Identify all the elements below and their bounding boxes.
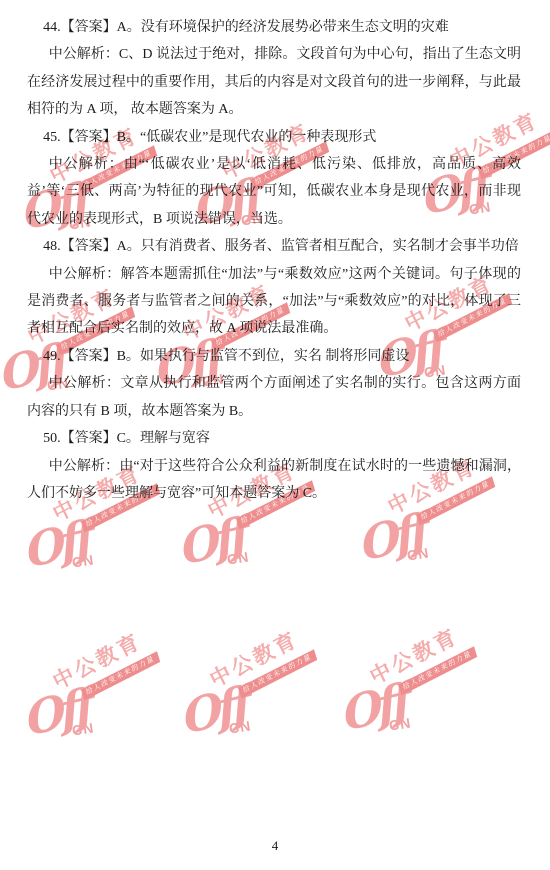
answer-title: 理解与宽容	[140, 431, 210, 446]
offcn-brand-text: 中公教育	[50, 627, 153, 694]
answer-item: 45.【答案】B。“低碳农业”是现代农业的一种表现形式 中公解析：由“‘低碳农业…	[27, 124, 521, 234]
offcn-logo-off-icon: Off	[342, 676, 410, 738]
answer-label: 【答案】	[61, 349, 117, 364]
offcn-logo-off-icon: Off	[180, 510, 248, 572]
answer-title: 没有环境保护的经济发展势必带来生态文明的灾难	[141, 20, 449, 35]
answer-label: 【答案】	[61, 431, 117, 446]
answer-number: 50.	[43, 431, 61, 446]
answer-option: A。	[117, 20, 141, 35]
offcn-watermark: Off CN 中公教育 给人改变未来的力量	[185, 639, 355, 744]
answer-option: B。	[117, 130, 140, 145]
page-number: 4	[0, 838, 550, 854]
answer-line: 48.【答案】A。只有消费者、服务者、监管者相互配合，实名制才会事半功倍	[27, 233, 521, 260]
offcn-logo-off-icon: Off	[182, 679, 250, 741]
analysis-paragraph: 中公解析：C、D 说法过于绝对，排除。文段首句为中心句，指出了生态文明在经济发展…	[27, 41, 521, 123]
answer-label: 【答案】	[61, 130, 117, 145]
answer-line: 50.【答案】C。理解与宽容	[27, 425, 521, 452]
analysis-label: 中公解析：	[49, 459, 120, 474]
offcn-brand-text: 中公教育	[207, 625, 310, 692]
answers-list: 44.【答案】A。没有环境保护的经济发展势必带来生态文明的灾难 中公解析：C、D…	[27, 14, 521, 507]
offcn-logo-off-icon: Off	[25, 513, 93, 575]
offcn-logo-cn-text: CN	[406, 544, 430, 563]
offcn-brand-text: 中公教育	[367, 622, 470, 689]
answer-number: 45.	[43, 130, 61, 145]
offcn-brand-group: 中公教育 给人改变未来的力量	[367, 622, 478, 705]
answer-item: 48.【答案】A。只有消费者、服务者、监管者相互配合，实名制才会事半功倍 中公解…	[27, 233, 521, 343]
offcn-logo-cn-text: CN	[228, 717, 252, 736]
answer-title: 如果执行与监管不到位，实名 制将形同虚设	[140, 349, 410, 364]
offcn-slogan-band: 给人改变未来的力量	[398, 646, 477, 695]
offcn-watermark: Off CN 中公教育 给人改变未来的力量	[345, 636, 515, 741]
answer-label: 【答案】	[61, 239, 117, 254]
analysis-label: 中公解析：	[49, 157, 124, 172]
answer-number: 49.	[43, 349, 61, 364]
answer-item: 44.【答案】A。没有环境保护的经济发展势必带来生态文明的灾难 中公解析：C、D…	[27, 14, 521, 124]
answer-line: 49.【答案】B。如果执行与监管不到位，实名 制将形同虚设	[27, 343, 521, 370]
offcn-brand-group: 中公教育 给人改变未来的力量	[207, 625, 318, 708]
analysis-label: 中公解析：	[49, 376, 121, 391]
document-page: Off CN 中公教育 给人改变未来的力量 Off CN 中公教育 给人改变未来…	[0, 0, 550, 870]
answer-option: B。	[117, 349, 140, 364]
offcn-logo-cn-text: CN	[71, 719, 95, 738]
answer-option: A。	[117, 239, 141, 254]
offcn-logo-cn-text: CN	[71, 551, 95, 570]
offcn-logo-cn-text: CN	[388, 714, 412, 733]
answer-number: 48.	[43, 239, 61, 254]
offcn-logo-cn-text: CN	[226, 548, 250, 567]
answer-option: C。	[117, 431, 140, 446]
answer-label: 【答案】	[61, 20, 117, 35]
answer-item: 49.【答案】B。如果执行与监管不到位，实名 制将形同虚设 中公解析：文章从执行…	[27, 343, 521, 425]
offcn-brand-group: 中公教育 给人改变未来的力量	[50, 627, 161, 710]
answer-title: 只有消费者、服务者、监管者相互配合，实名制才会事半功倍	[141, 239, 519, 254]
analysis-paragraph: 中公解析：文章从执行和监管两个方面阐述了实名制的实行。包含这两方面内容的只有 B…	[27, 370, 521, 425]
answer-item: 50.【答案】C。理解与宽容 中公解析：由“对于这些符合公众利益的新制度在试水时…	[27, 425, 521, 507]
analysis-paragraph: 中公解析：解答本题需抓住“加法”与“乘数效应”这两个关键词。句子体现的是消费者、…	[27, 261, 521, 343]
offcn-slogan-band: 给人改变未来的力量	[81, 651, 160, 700]
offcn-logo-off-icon: Off	[360, 506, 428, 568]
offcn-watermark: Off CN 中公教育 给人改变未来的力量	[28, 641, 198, 746]
analysis-paragraph: 中公解析：由“‘低碳农业’是以‘低消耗、低污染、低排放，高品质、高效益’等‘三低…	[27, 151, 521, 233]
analysis-label: 中公解析：	[49, 267, 121, 282]
analysis-paragraph: 中公解析：由“对于这些符合公众利益的新制度在试水时的一些遗憾和漏洞，人们不妨多一…	[27, 453, 521, 508]
offcn-slogan-band: 给人改变未来的力量	[238, 649, 317, 698]
offcn-logo-off-icon: Off	[25, 681, 93, 743]
answer-line: 44.【答案】A。没有环境保护的经济发展势必带来生态文明的灾难	[27, 14, 521, 41]
answer-line: 45.【答案】B。“低碳农业”是现代农业的一种表现形式	[27, 124, 521, 151]
answer-number: 44.	[43, 20, 61, 35]
analysis-label: 中公解析：	[49, 47, 119, 62]
answer-title: “低碳农业”是现代农业的一种表现形式	[140, 130, 376, 145]
